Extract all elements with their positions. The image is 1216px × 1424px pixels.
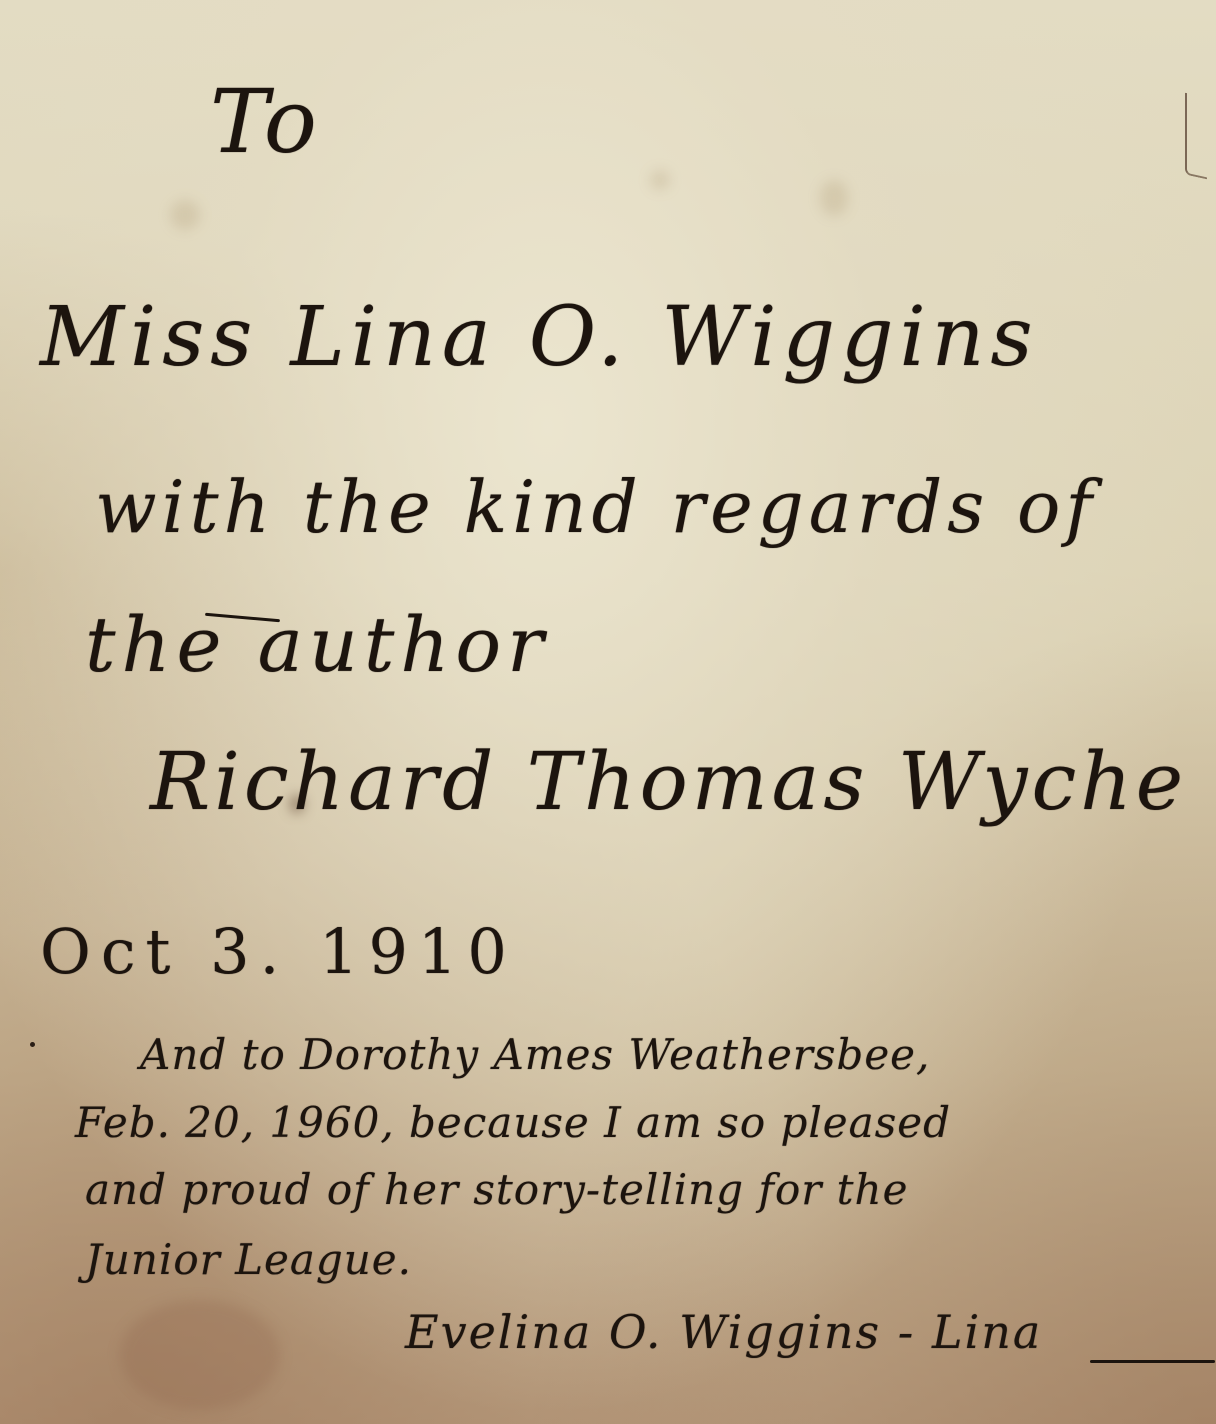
regards-line: with the kind regards of [95,465,1097,549]
salutation-text: To [210,70,319,173]
second-inscription-line-1: And to Dorothy Ames Weathersbee, [140,1030,930,1079]
page-edge-mark [1185,93,1207,180]
author-line: the author [85,600,549,689]
second-signature: Evelina O. Wiggins - Lina [405,1305,1042,1359]
paper-stain [120,1300,280,1410]
second-inscription-line-2: Feb. 20, 1960, because I am so pleased [75,1098,951,1147]
paper-stain [820,180,848,216]
paper-stain [170,200,200,230]
second-inscription-line-3: and proud of her story-telling for the [85,1165,908,1214]
ink-dot [30,1042,35,1047]
paper-stain [650,170,670,190]
signature-underline [1090,1360,1215,1363]
second-inscription-line-4: Junior League. [85,1235,412,1284]
author-signature: Richard Thomas Wyche [150,735,1187,828]
recipient-line: Miss Lina O. Wiggins [40,290,1039,385]
inscription-date: Oct 3. 1910 [40,915,517,988]
